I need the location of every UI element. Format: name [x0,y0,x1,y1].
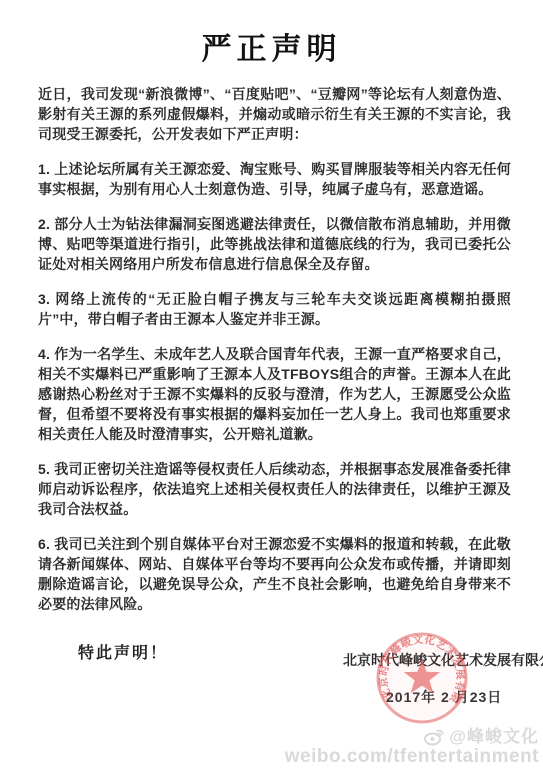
intro-paragraph: 近日，我司发现“新浪微博”、“百度贴吧”、“豆瓣网”等论坛有人刻意伪造、影射有关… [38,84,511,144]
signature-company-name: 北京时代峰峻文化艺术发展有限公司 [343,650,543,670]
statement-point-1: 1. 上述论坛所属有关王源恋爱、淘宝账号、购买冒牌服装等相关内容无任何事实根据，… [38,159,511,199]
watermark-account: @峰峻文化 [449,728,539,745]
signature-date: 2017年 2 月23日 [386,687,502,707]
statement-point-5: 5. 我司正密切关注造谣等侵权责任人后续动态，并根据事态发展准备委托律师启动诉讼… [38,459,511,519]
page-title: 严正声明 [0,0,543,68]
statement-document: 严正声明 近日，我司发现“新浪微博”、“百度贴吧”、“豆瓣网”等论坛有人刻意伪造… [0,0,543,768]
statement-body: 近日，我司发现“新浪微博”、“百度贴吧”、“豆瓣网”等论坛有人刻意伪造、影射有关… [0,68,543,664]
statement-point-3: 3. 网络上流传的“无正脸白帽子携友与三轮车夫交谈远距离模糊拍摄照片”中，带白帽… [38,289,511,329]
statement-point-6: 6. 我司已关注到个别自媒体平台对王源恋爱不实爆料的报道和转载，在此敬请各新闻媒… [38,534,511,614]
watermark-account-line: @峰峻文化 [285,727,539,746]
weibo-watermark: @峰峻文化 weibo.com/tfentertainment [285,727,539,766]
watermark-url: weibo.com/tfentertainment [285,747,539,766]
statement-point-2: 2. 部分人士为钻法律漏洞妄图逃避法律责任，以微信散布消息辅助，并用微博、贴吧等… [38,214,511,274]
statement-point-4: 4. 作为一名学生、未成年艺人及联合国青年代表，王源一直严格要求自己，相关不实爆… [38,344,511,444]
weibo-icon [423,727,445,746]
